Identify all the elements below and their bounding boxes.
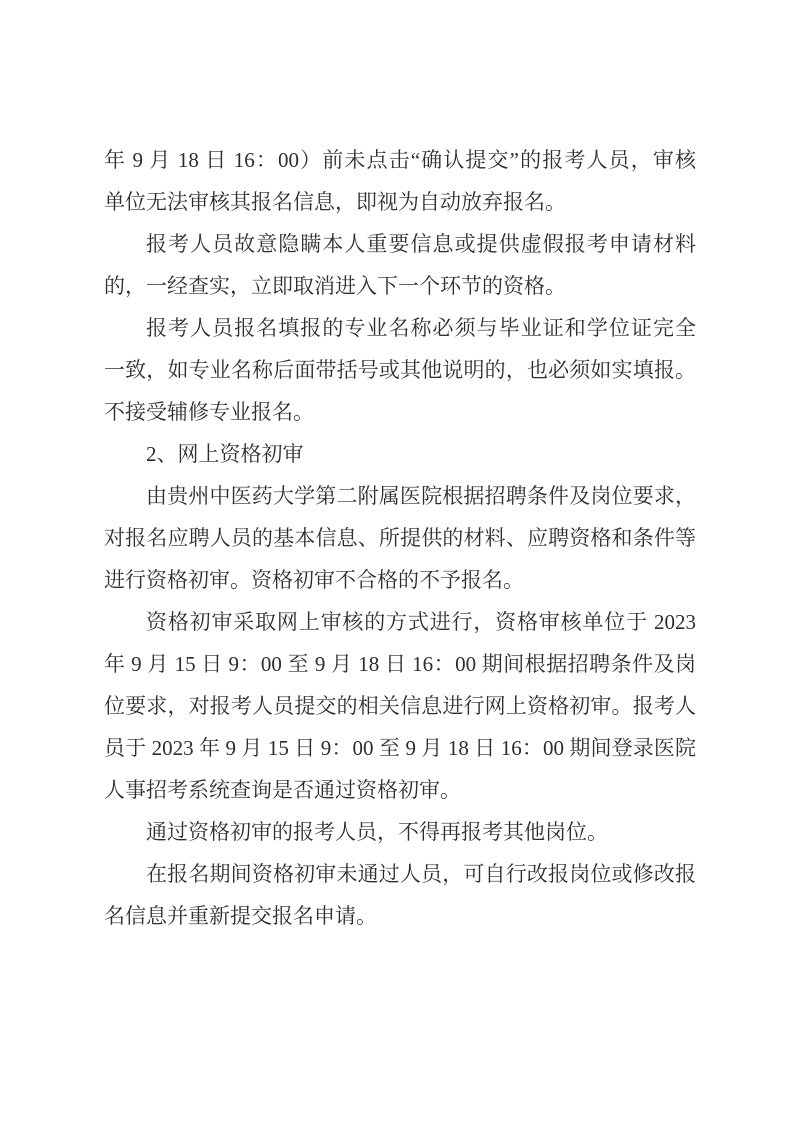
text-line: 的，一经查实，立即取消进入下一个环节的资格。 — [104, 265, 696, 307]
text-line: 年 9 月 15 日 9：00 至 9 月 18 日 16：00 期间根据招聘条… — [104, 643, 696, 685]
text-line: 对报名应聘人员的基本信息、所提供的材料、应聘资格和条件等 — [104, 517, 696, 559]
paragraph-passed-review: 通过资格初审的报考人员，不得再报考其他岗位。 — [104, 811, 696, 853]
text-block: 年 9 月 18 日 16：00）前未点击“确认提交”的报考人员，审核 单位无法… — [104, 139, 696, 937]
text-line: 人事招考系统查询是否通过资格初审。 — [104, 769, 696, 811]
text-line: 一致，如专业名称后面带括号或其他说明的，也必须如实填报。 — [104, 349, 696, 391]
paragraph-major-name: 报考人员报名填报的专业名称必须与毕业证和学位证完全 一致，如专业名称后面带括号或… — [104, 307, 696, 433]
document-page: 年 9 月 18 日 16：00）前未点击“确认提交”的报考人员，审核 单位无法… — [0, 0, 793, 1122]
paragraph-not-passed-review: 在报名期间资格初审未通过人员，可自行改报岗位或修改报 名信息并重新提交报名申请。 — [104, 853, 696, 937]
text-line: 进行资格初审。资格初审不合格的不予报名。 — [104, 559, 696, 601]
text-line: 名信息并重新提交报名申请。 — [104, 895, 696, 937]
text-line: 由贵州中医药大学第二附属医院根据招聘条件及岗位要求， — [104, 475, 696, 517]
text-line: 报考人员报名填报的专业名称必须与毕业证和学位证完全 — [104, 307, 696, 349]
paragraph-continuation: 年 9 月 18 日 16：00）前未点击“确认提交”的报考人员，审核 单位无法… — [104, 139, 696, 223]
text-line: 报考人员故意隐瞒本人重要信息或提供虚假报考申请材料 — [104, 223, 696, 265]
text-line: 单位无法审核其报名信息，即视为自动放弃报名。 — [104, 181, 696, 223]
paragraph-review-body: 由贵州中医药大学第二附属医院根据招聘条件及岗位要求， 对报名应聘人员的基本信息、… — [104, 475, 696, 601]
text-line: 位要求，对报考人员提交的相关信息进行网上资格初审。报考人 — [104, 685, 696, 727]
paragraph-review-schedule: 资格初审采取网上审核的方式进行，资格审核单位于 2023 年 9 月 15 日 … — [104, 601, 696, 811]
text-line: 不接受辅修专业报名。 — [104, 391, 696, 433]
text-line: 年 9 月 18 日 16：00）前未点击“确认提交”的报考人员，审核 — [104, 139, 696, 181]
text-line: 资格初审采取网上审核的方式进行，资格审核单位于 2023 — [104, 601, 696, 643]
paragraph-false-info: 报考人员故意隐瞒本人重要信息或提供虚假报考申请材料 的，一经查实，立即取消进入下… — [104, 223, 696, 307]
text-line: 在报名期间资格初审未通过人员，可自行改报岗位或修改报 — [104, 853, 696, 895]
section-heading-line: 2、网上资格初审 — [104, 433, 696, 475]
section-heading-online-review: 2、网上资格初审 — [104, 433, 696, 475]
text-line: 员于 2023 年 9 月 15 日 9：00 至 9 月 18 日 16：00… — [104, 727, 696, 769]
text-line: 通过资格初审的报考人员，不得再报考其他岗位。 — [104, 811, 696, 853]
